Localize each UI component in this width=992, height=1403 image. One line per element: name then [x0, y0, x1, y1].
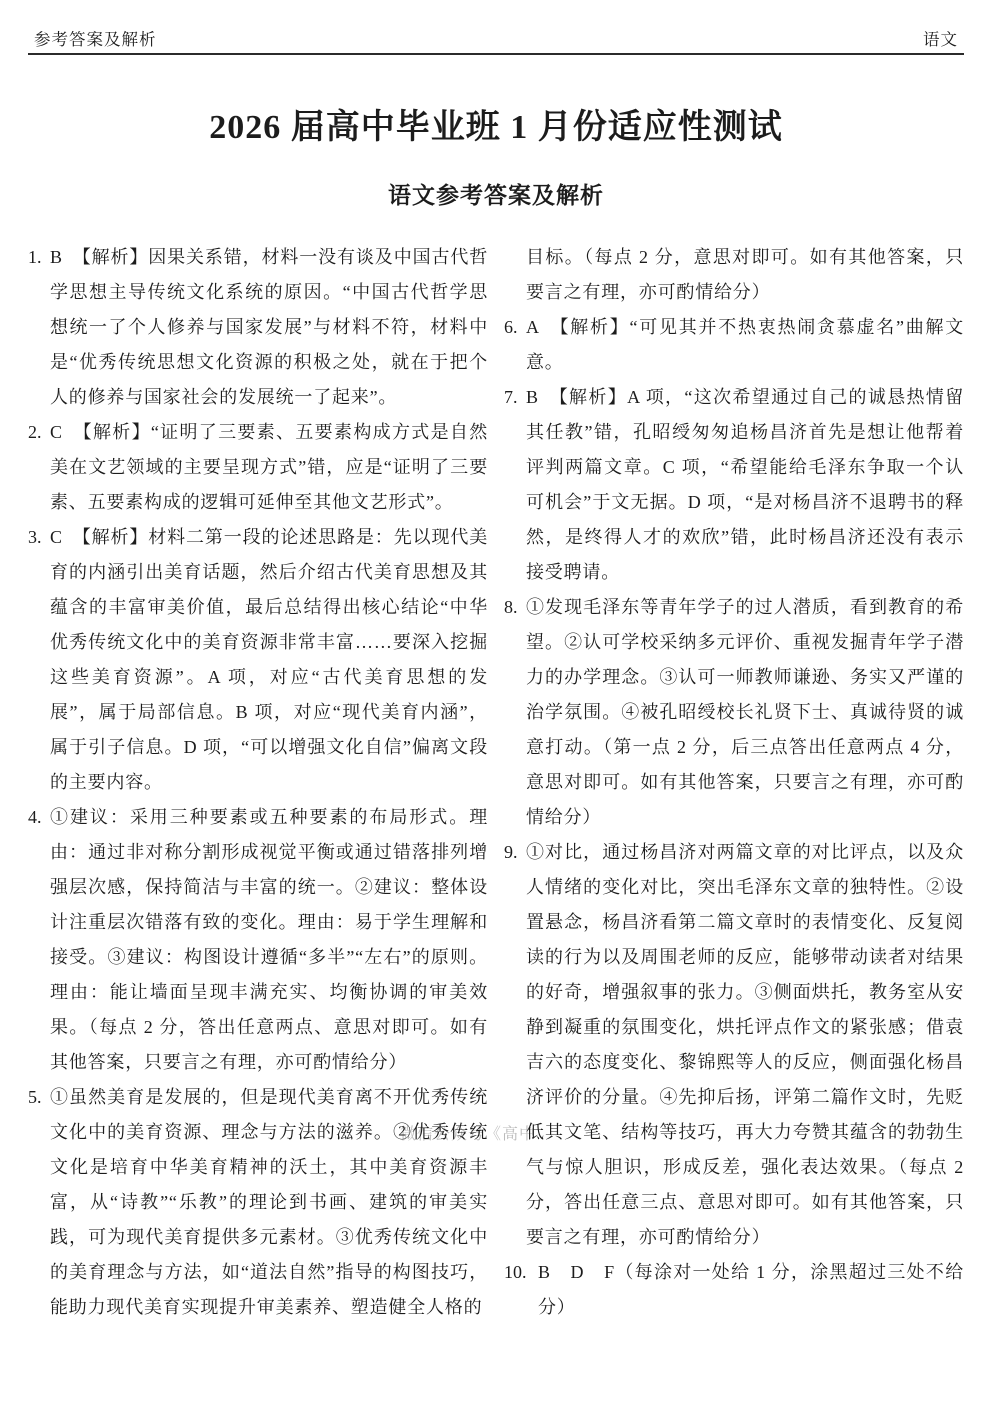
- item-number: 1.: [28, 240, 42, 275]
- item-number: 2.: [28, 415, 42, 450]
- item-text: ①发现毛泽东等青年学子的过人潜质，看到教育的希望。②认可学校采纳多元评价、重视发…: [526, 597, 964, 827]
- item-text: ①对比，通过杨昌济对两篇文章的对比评点，以及众人情绪的变化对比，突出毛泽东文章的…: [526, 842, 964, 1247]
- answer-item-3: 3. C 【解析】材料二第一段的论述思路是：先以现代美育的内涵引出美育话题，然后…: [28, 520, 488, 800]
- answer-item-1: 1. B 【解析】因果关系错，材料一没有谈及中国古代哲学思想主导传统文化系统的原…: [28, 240, 488, 415]
- answer-item-10: 10. B D F（每涂对一处给 1 分，涂黑超过三处不给分）: [504, 1255, 964, 1325]
- answer-item-6: 6. A 【解析】“可见其并不热衷热闹贪慕虚名”曲解文意。: [504, 310, 964, 380]
- item-text: C 【解析】“证明了三要素、五要素构成方式是自然美在文艺领域的主要呈现方式”错，…: [50, 422, 488, 512]
- item-number: 4.: [28, 800, 42, 835]
- item-text: C 【解析】材料二第一段的论述思路是：先以现代美育的内涵引出美育话题，然后介绍古…: [50, 527, 488, 792]
- item-number: 9.: [504, 835, 518, 870]
- document-page: 参考答案及解析 语文 2026 届高中毕业班 1 月份适应性测试 语文参考答案及…: [0, 0, 992, 1403]
- answer-columns: 1. B 【解析】因果关系错，材料一没有谈及中国古代哲学思想主导传统文化系统的原…: [28, 240, 964, 1325]
- answer-item-7: 7. B 【解析】A 项，“这次希望通过自己的诚恳热情留其任教”错，孔昭绶匆匆追…: [504, 380, 964, 590]
- page-header: 参考答案及解析 语文: [28, 26, 964, 50]
- item-text: A 【解析】“可见其并不热衷热闹贪慕虚名”曲解文意。: [526, 317, 964, 372]
- page-subtitle: 语文参考答案及解析: [28, 177, 964, 210]
- item-text: B 【解析】A 项，“这次希望通过自己的诚恳热情留其任教”错，孔昭绶匆匆追杨昌济…: [526, 387, 964, 582]
- answer-item-4: 4. ①建议：采用三种要素或五种要素的布局形式。理由：通过非对称分割形成视觉平衡…: [28, 800, 488, 1080]
- right-column: 目标。（每点 2 分，意思对即可。如有其他答案，只要言之有理，亦可酌情给分） 6…: [504, 240, 964, 1325]
- answer-item-9: 9. ①对比，通过杨昌济对两篇文章的对比评点，以及众人情绪的变化对比，突出毛泽东…: [504, 835, 964, 1255]
- item-number: 8.: [504, 590, 518, 625]
- answer-item-5-continuation: 目标。（每点 2 分，意思对即可。如有其他答案，只要言之有理，亦可酌情给分）: [504, 240, 964, 310]
- item-number: 3.: [28, 520, 42, 555]
- answer-item-2: 2. C 【解析】“证明了三要素、五要素构成方式是自然美在文艺领域的主要呈现方式…: [28, 415, 488, 520]
- page-title: 2026 届高中毕业班 1 月份适应性测试: [28, 99, 964, 148]
- item-text: ①虽然美育是发展的，但是现代美育离不开优秀传统文化中的美育资源、理念与方法的滋养…: [50, 1087, 488, 1317]
- header-right-label: 语文: [923, 26, 958, 50]
- left-column: 1. B 【解析】因果关系错，材料一没有谈及中国古代哲学思想主导传统文化系统的原…: [28, 240, 488, 1325]
- item-number: 5.: [28, 1080, 42, 1115]
- answer-item-8: 8. ①发现毛泽东等青年学子的过人潜质，看到教育的希望。②认可学校采纳多元评价、…: [504, 590, 964, 835]
- answer-item-5: 5. ①虽然美育是发展的，但是现代美育离不开优秀传统文化中的美育资源、理念与方法…: [28, 1080, 488, 1325]
- item-text: 目标。（每点 2 分，意思对即可。如有其他答案，只要言之有理，亦可酌情给分）: [526, 247, 964, 302]
- header-divider: [28, 53, 964, 55]
- item-text: B 【解析】因果关系错，材料一没有谈及中国古代哲学思想主导传统文化系统的原因。“…: [50, 247, 488, 407]
- item-text: ①建议：采用三种要素或五种要素的布局形式。理由：通过非对称分割形成视觉平衡或通过…: [50, 807, 488, 1072]
- item-number: 10.: [504, 1255, 527, 1290]
- header-left-label: 参考答案及解析: [34, 26, 157, 50]
- item-text: B D F（每涂对一处给 1 分，涂黑超过三处不给分）: [538, 1262, 964, 1317]
- item-number: 7.: [504, 380, 518, 415]
- item-number: 6.: [504, 310, 518, 345]
